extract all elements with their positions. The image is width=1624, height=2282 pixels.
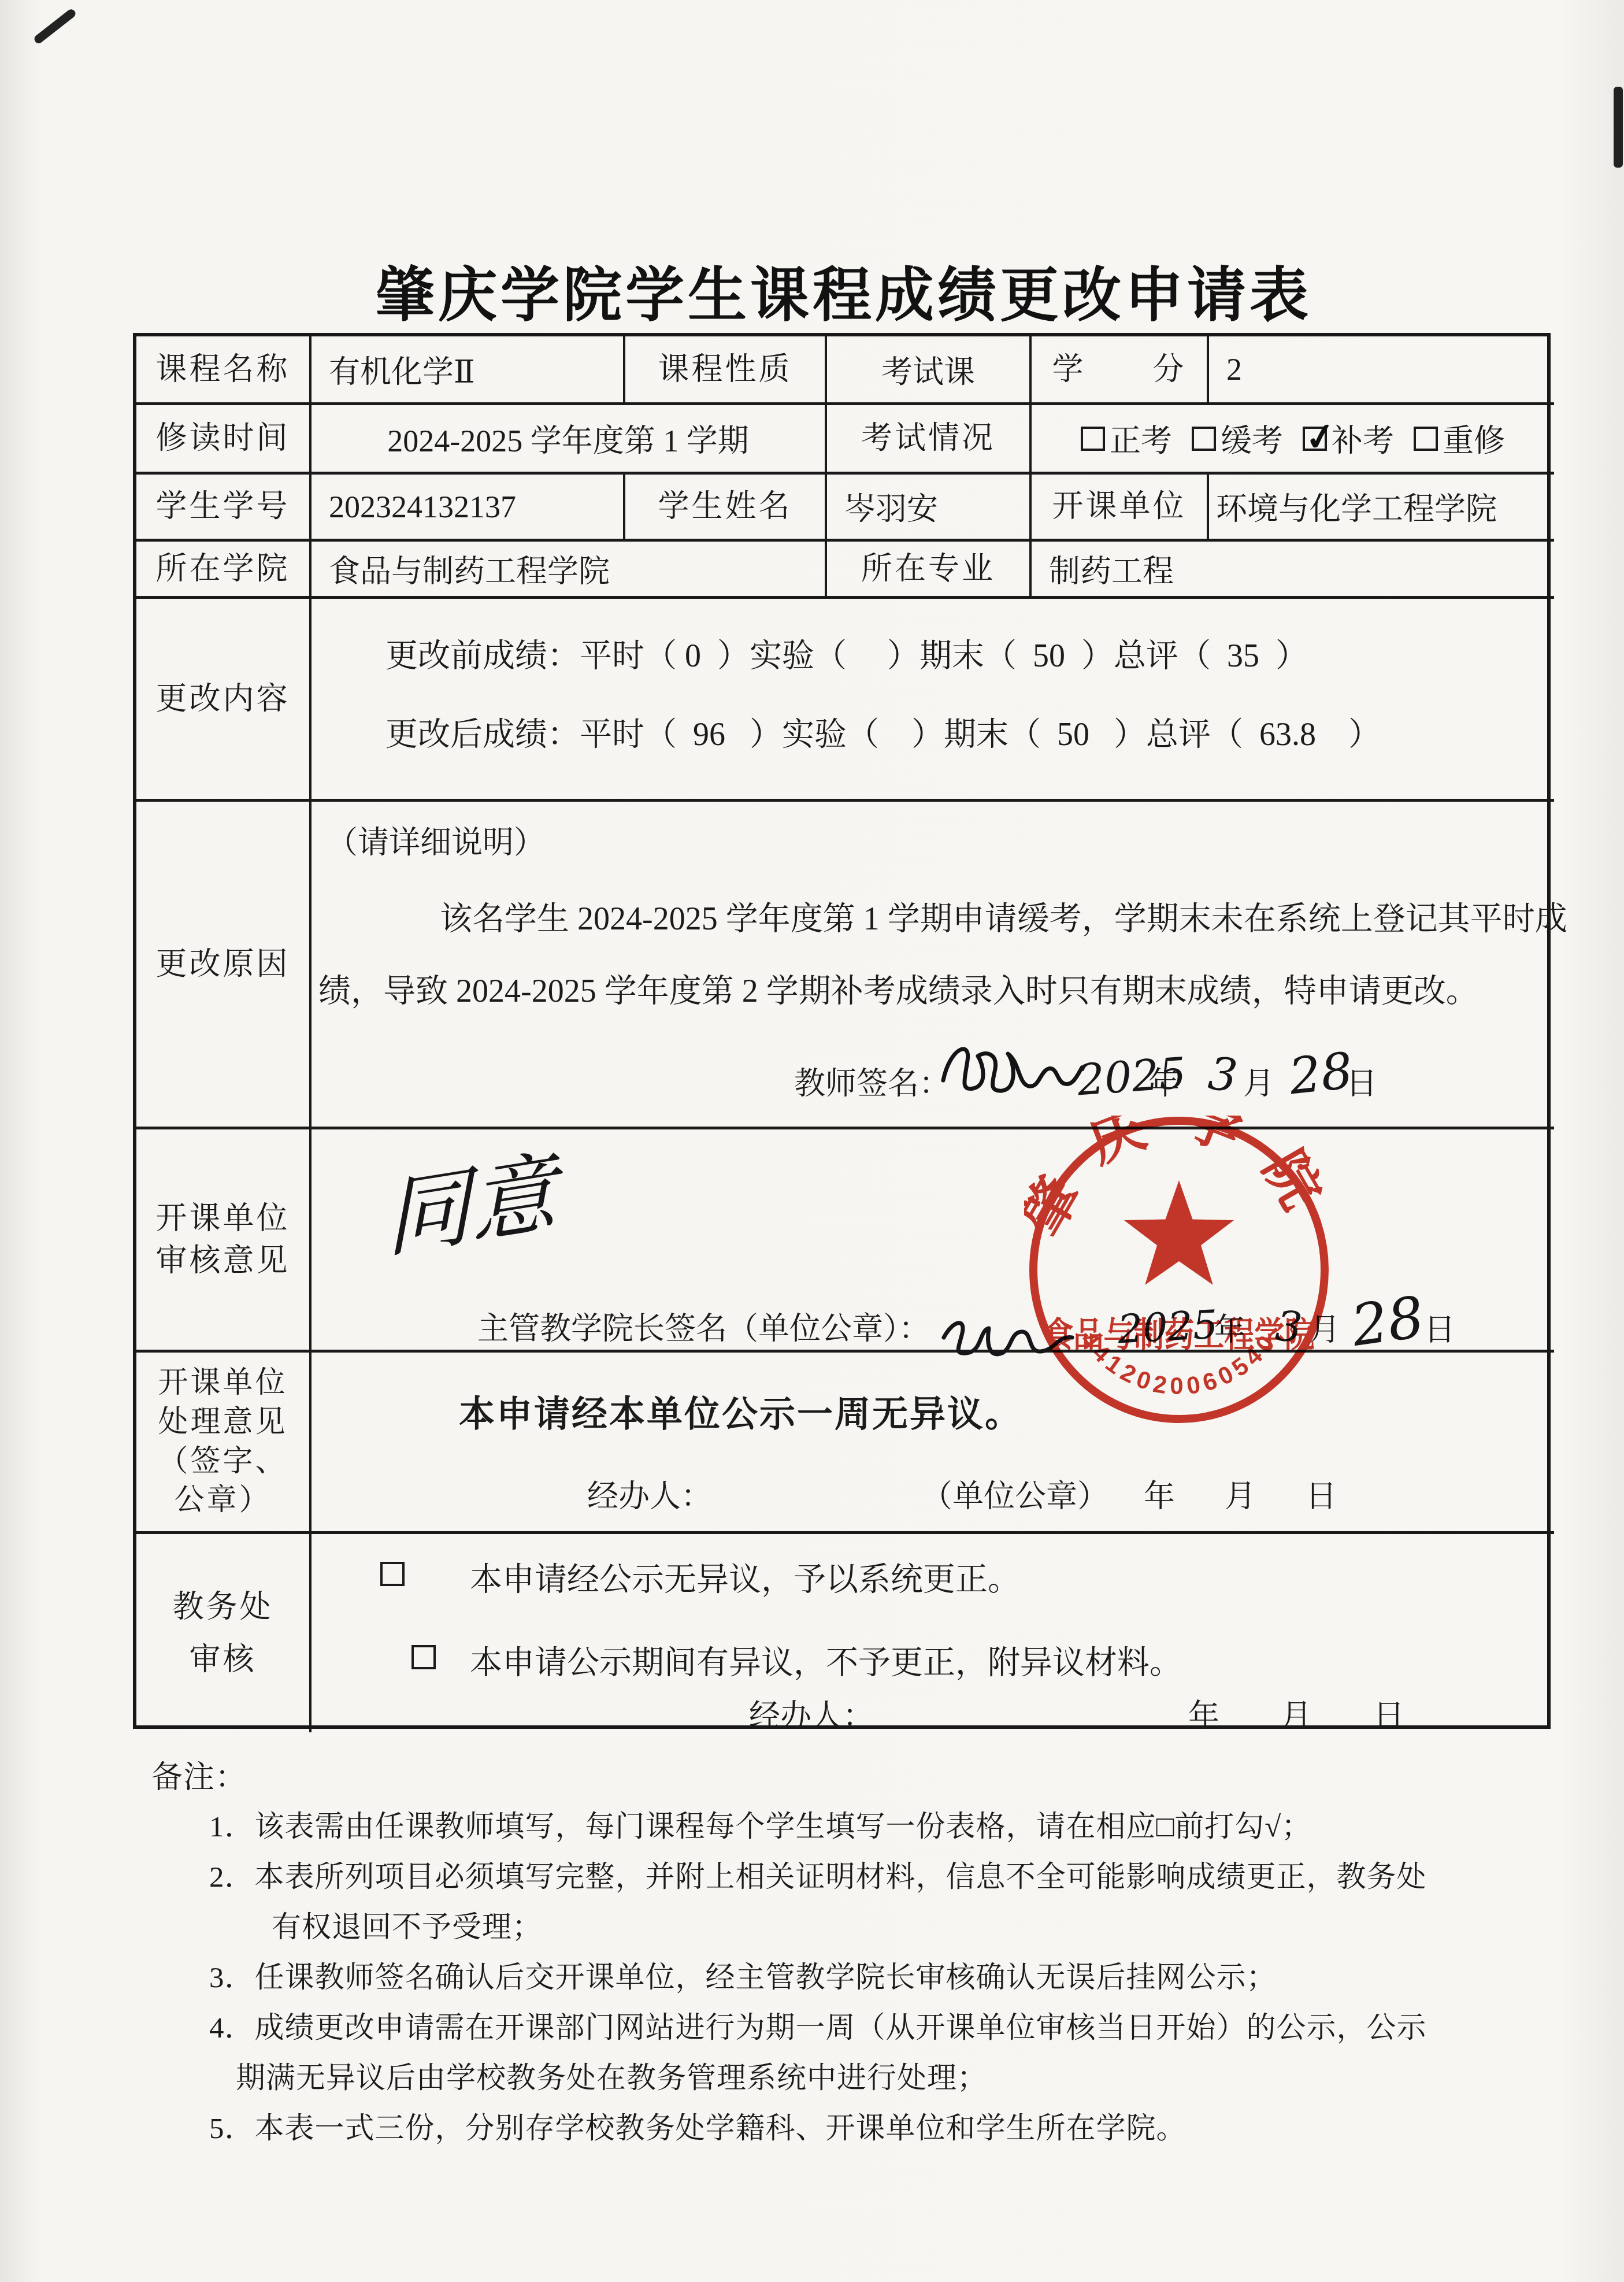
- handling-opinion-cell: 本申请经本单位公示一周无异议。 经办人： （单位公章） 年 月 日: [312, 1353, 1554, 1534]
- dean-sign-day-unit: 日: [1424, 1311, 1455, 1350]
- college-label: 所在学院: [136, 542, 312, 599]
- change-content-cell: 更改前成绩：平时（ 0 ）实验（ ）期末（ 50 ）总评（ 35 ） 更改后成绩…: [312, 599, 1554, 802]
- approval-handwriting: 同意: [382, 1139, 559, 1275]
- dean-sign-day-handwritten: 28: [1347, 1282, 1429, 1362]
- change-content-label: 更改内容: [136, 599, 312, 802]
- exam-status-label: 考试情况: [827, 405, 1032, 475]
- reason-paragraph-line2: 绩，导致 2024-2025 学年度第 2 学期补考成绩录入时只有期末成绩，特申…: [318, 971, 1478, 1012]
- office-operator-label: 经办人：: [749, 1697, 874, 1736]
- scan-artifact-top-left: [32, 8, 77, 45]
- course-name-value: 有机化学Ⅱ: [312, 336, 625, 405]
- credit-label: 学 分: [1032, 336, 1209, 405]
- change-reason-label: 更改原因: [136, 802, 312, 1129]
- note-line-2a: 2．本表所列项目必须填写完整，并附上相关证明材料，信息不全可能影响成绩更正，教务…: [209, 1853, 1427, 1895]
- teacher-sign-month-unit: 月: [1243, 1065, 1274, 1104]
- note-line-3: 3．任课教师签名确认后交开课单位，经主管教学院长审核确认无误后挂网公示；: [209, 1953, 1277, 1996]
- seal-star-icon: [1124, 1180, 1234, 1285]
- handling-opinion-label: 开课单位 处理意见 （签字、 公章）: [136, 1353, 312, 1534]
- handling-year-unit: 年: [1144, 1477, 1175, 1517]
- course-name-label: 课程名称: [136, 336, 312, 405]
- offering-unit-label: 开课单位: [1032, 475, 1209, 542]
- unit-seal-hint: （单位公章）: [921, 1477, 1108, 1517]
- page-title: 肇庆学院学生课程成绩更改申请表: [0, 249, 1624, 333]
- publicity-statement: 本申请经本单位公示一周无异议。: [459, 1393, 1022, 1438]
- review-opinion-label: 开课单位 审核意见: [136, 1129, 312, 1353]
- checkbox-huankao: [1192, 427, 1216, 451]
- major-value: 制药工程: [1032, 542, 1554, 599]
- option-huankao: 缓考: [1192, 416, 1283, 461]
- student-id-value: 202324132137: [312, 475, 625, 542]
- office-day-unit: 日: [1373, 1697, 1404, 1736]
- checkbox-chongxiu: [1414, 427, 1438, 451]
- dean-sign-label: 主管教学院长签名（单位公章）：: [477, 1310, 930, 1349]
- scores-after-line: 更改后成绩：平时（ 96 ）实验（ ）期末（ 50 ）总评（ 63.8 ）: [385, 714, 1381, 755]
- handling-day-unit: 日: [1306, 1477, 1337, 1517]
- office-option1-text: 本申请经公示无异议，予以系统更正。: [470, 1559, 1020, 1600]
- grade-change-form-table: 课程名称 有机化学Ⅱ 课程性质 考试课 学 分 2 修读时间 2024-2025…: [133, 333, 1551, 1729]
- checkbox-office-option2: [411, 1645, 436, 1669]
- note-line-2b: 有权退回不予受理；: [272, 1903, 542, 1946]
- checkbox-office-option1: [380, 1562, 405, 1586]
- official-seal: 肇庆学院 食品与制药工程学院 4412020060540: [1024, 1116, 1336, 1431]
- check-mark: ✓: [1302, 414, 1338, 461]
- exam-status-options: 正考 缓考 ✓补考 重修: [1032, 405, 1554, 475]
- checkbox-bukao-checked: ✓: [1303, 427, 1327, 451]
- reason-paragraph-line1: 该名学生 2024-2025 学年度第 1 学期申请缓考，学期末未在系统上登记其…: [440, 899, 1567, 939]
- option-zhengkao: 正考: [1081, 416, 1172, 461]
- teacher-sign-label: 教师签名：: [794, 1065, 950, 1104]
- term-label: 修读时间: [136, 405, 312, 475]
- office-year-unit: 年: [1188, 1697, 1219, 1736]
- college-value: 食品与制药工程学院: [312, 542, 827, 599]
- notes-title: 备注：: [151, 1753, 247, 1797]
- teacher-sign-year-unit: 年: [1148, 1065, 1180, 1104]
- credit-value: 2: [1209, 336, 1554, 405]
- academic-office-label: 教务处 审核: [136, 1534, 312, 1732]
- major-label: 所在专业: [827, 542, 1032, 599]
- term-value: 2024-2025 学年度第 1 学期: [312, 405, 827, 475]
- note-line-4a: 4．成绩更改申请需在开课部门网站进行为期一周（从开课单位审核当日开始）的公示，公…: [209, 2003, 1427, 2046]
- student-name-value: 岑羽安: [827, 475, 1032, 542]
- student-id-label: 学生学号: [136, 475, 312, 542]
- office-option2-text: 本申请公示期间有异议，不予更正，附异议材料。: [470, 1643, 1182, 1683]
- note-line-1: 1．该表需由任课教师填写，每门课程每个学生填写一份表格，请在相应□前打勾√；: [209, 1802, 1311, 1845]
- checkbox-zhengkao: [1081, 427, 1105, 451]
- academic-office-cell: 本申请经公示无异议，予以系统更正。 本申请公示期间有异议，不予更正，附异议材料。…: [312, 1534, 1554, 1732]
- student-name-label: 学生姓名: [625, 475, 827, 542]
- course-type-value: 考试课: [827, 336, 1032, 405]
- teacher-signature-handwriting: [933, 1033, 1089, 1108]
- review-opinion-cell: 同意 主管教学院长签名（单位公章）： 2025 年 3 月 28 日: [312, 1129, 1554, 1353]
- scanned-document-page: { "page": { "title": "肇庆学院学生课程成绩更改申请表", …: [0, 0, 1624, 2282]
- note-line-5: 5．本表一式三份，分别存学校教务处学籍科、开课单位和学生所在学院。: [209, 2104, 1187, 2147]
- scan-artifact-right-edge: [1614, 87, 1623, 168]
- office-month-unit: 月: [1281, 1697, 1312, 1736]
- course-type-label: 课程性质: [625, 336, 827, 405]
- option-chongxiu: 重修: [1414, 416, 1505, 461]
- handling-month-unit: 月: [1225, 1477, 1256, 1517]
- change-reason-cell: （请详细说明） 该名学生 2024-2025 学年度第 1 学期申请缓考，学期末…: [312, 802, 1554, 1129]
- handling-operator-label: 经办人：: [587, 1477, 712, 1517]
- note-line-4b: 期满无异议后由学校教务处在教务管理系统中进行处理；: [236, 2054, 987, 2096]
- offering-unit-value: 环境与化学工程学院: [1209, 475, 1554, 542]
- teacher-sign-day-handwritten: 28: [1286, 1040, 1356, 1109]
- scores-before-line: 更改前成绩：平时（ 0 ）实验（ ）期末（ 50 ）总评（ 35 ）: [385, 636, 1308, 676]
- option-bukao: ✓补考: [1303, 416, 1394, 461]
- teacher-sign-day-unit: 日: [1346, 1065, 1377, 1104]
- teacher-sign-month-handwritten: 3: [1206, 1046, 1240, 1105]
- reason-hint: （请详细说明）: [327, 824, 545, 863]
